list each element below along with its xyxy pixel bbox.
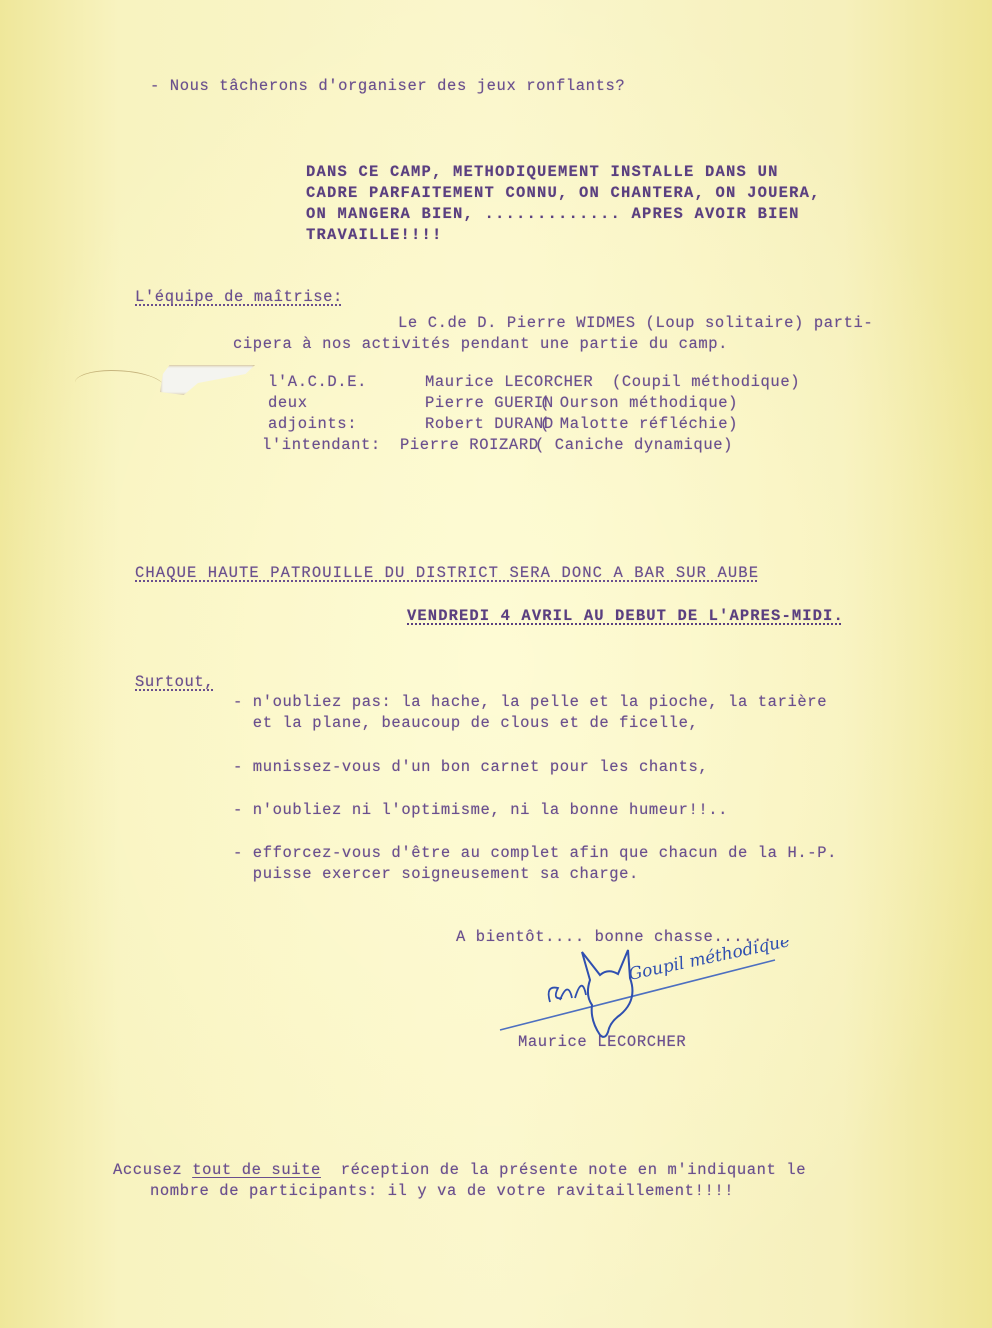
member-name: Robert DURAND xyxy=(425,414,554,434)
member-totem: (Coupil méthodique) xyxy=(612,372,800,392)
signatory-name: Maurice LECORCHER xyxy=(518,1032,686,1052)
member-name: Maurice LECORCHER xyxy=(425,372,593,392)
team-intro-line-1: Le C.de D. Pierre WIDMES (Loup solitaire… xyxy=(398,313,873,333)
member-role: deux xyxy=(268,393,308,413)
member-totem: ( Malotte réfléchie) xyxy=(540,414,738,434)
member-totem: ( Ourson méthodique) xyxy=(540,393,738,413)
reminder-item-3: - n'oubliez ni l'optimisme, ni la bonne … xyxy=(233,800,728,820)
announcement-line-1: CHAQUE HAUTE PATROUILLE DU DISTRICT SERA… xyxy=(135,563,759,583)
footer-line-1: Accusez tout de suite réception de la pr… xyxy=(113,1160,806,1180)
announcement-line-2: VENDREDI 4 AVRIL AU DEBUT DE L'APRES-MID… xyxy=(407,606,844,626)
caps-paragraph-line-3: ON MANGERA BIEN, ............. APRES AVO… xyxy=(306,204,800,224)
caps-paragraph-line-2: CADRE PARFAITEMENT CONNU, ON CHANTERA, O… xyxy=(306,183,821,203)
footer-line-1-pre: Accusez xyxy=(113,1161,192,1179)
reminder-item-1-line-2: et la plane, beaucoup de clous et de fic… xyxy=(233,713,698,733)
caps-paragraph-line-1: DANS CE CAMP, METHODIQUEMENT INSTALLE DA… xyxy=(306,162,779,182)
member-totem: ( Caniche dynamique) xyxy=(535,435,733,455)
member-name: Pierre ROIZARD xyxy=(400,435,539,455)
reminder-item-4-line-1: - efforcez-vous d'être au complet afin q… xyxy=(233,843,837,863)
footer-underlined-phrase: tout de suite xyxy=(192,1161,321,1179)
team-heading: L'équipe de maîtrise: xyxy=(135,287,343,307)
member-name: Pierre GUERIN xyxy=(425,393,554,413)
team-intro-line-2: cipera à nos activités pendant une parti… xyxy=(233,334,728,354)
footer-line-1-post: réception de la présente note en m'indiq… xyxy=(321,1161,806,1179)
member-role: l'A.C.D.E. xyxy=(268,372,367,392)
reminders-heading: Surtout, xyxy=(135,672,214,692)
member-role: adjoints: xyxy=(268,414,357,434)
intro-line: - Nous tâcherons d'organiser des jeux ro… xyxy=(150,76,625,96)
reminder-item-4-line-2: puisse exercer soigneusement sa charge. xyxy=(233,864,639,884)
footer-line-2: nombre de participants: il y va de votre… xyxy=(150,1181,734,1201)
caps-paragraph-line-4: TRAVAILLE!!!! xyxy=(306,225,443,245)
reminder-item-2: - munissez-vous d'un bon carnet pour les… xyxy=(233,757,708,777)
member-role: l'intendant: xyxy=(262,435,381,455)
reminder-item-1-line-1: - n'oubliez pas: la hache, la pelle et l… xyxy=(233,692,827,712)
